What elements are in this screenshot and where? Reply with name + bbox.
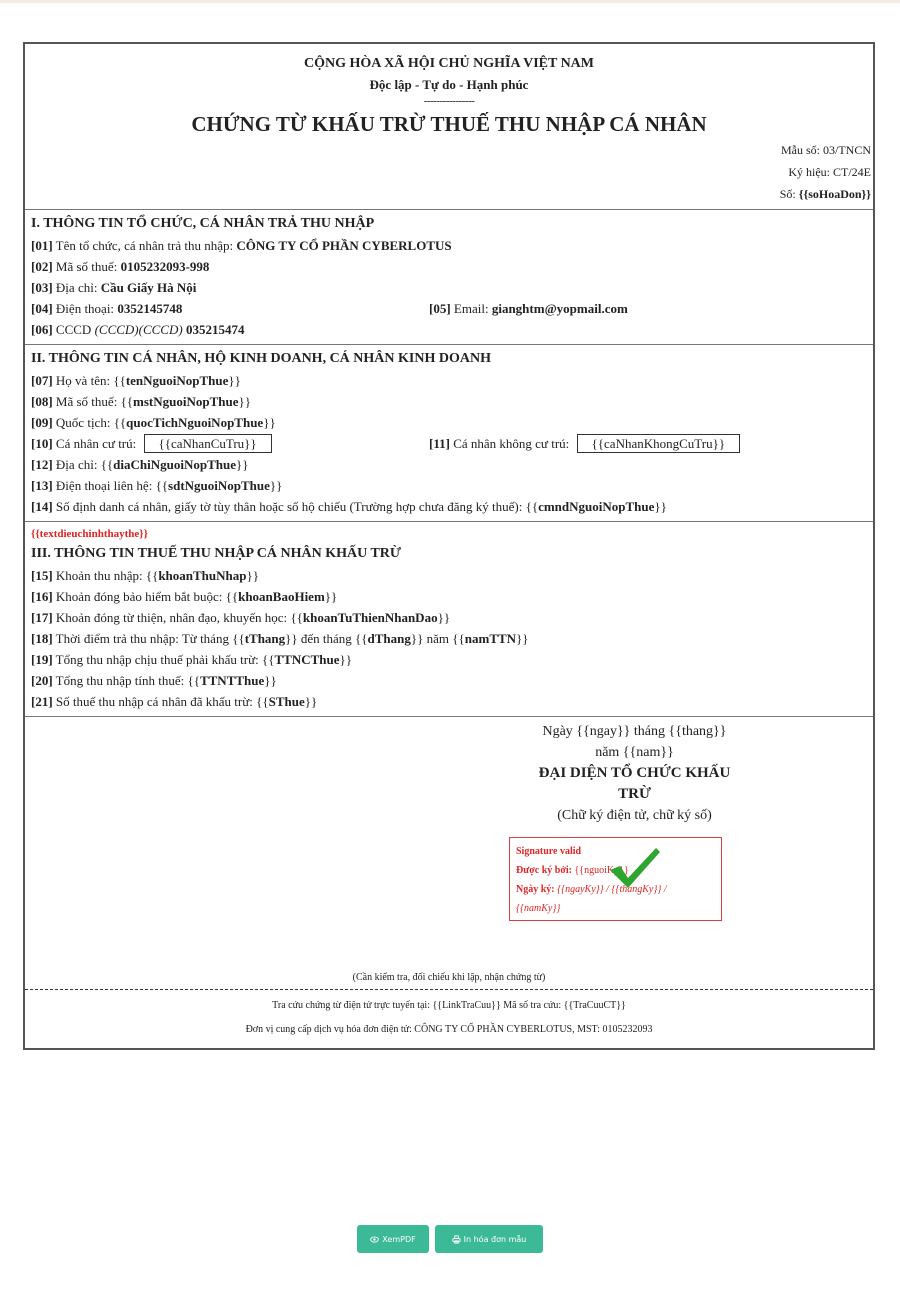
symbol: Ký hiệu: CT/24E — [31, 161, 871, 183]
signed-year: {{namKy}} — [516, 903, 560, 914]
document-number: Số: {{soHoaDon}} — [31, 183, 871, 205]
eye-icon — [370, 1236, 379, 1243]
non-resident-box: {{caNhanKhongCuTru}} — [577, 434, 741, 453]
document-number-value: {{soHoaDon}} — [799, 187, 871, 201]
adjustment-note: {{textdieuchinhthaythe}} — [31, 525, 867, 543]
field-10: [10] Cá nhân cư trú: {{caNhanCuTru}} — [31, 433, 429, 454]
field-01: [01] Tên tổ chức, cá nhân trả thu nhập: … — [31, 235, 867, 256]
representative-title-cont: TRỪ — [497, 784, 772, 805]
print-sample-button[interactable]: In hóa đơn mẫu — [435, 1225, 543, 1253]
field-08: [08] Mã số thuế: {{mstNguoiNopThue}} — [31, 391, 867, 412]
national-motto: Độc lập - Tự do - Hạnh phúc — [31, 75, 867, 95]
representative-title: ĐẠI DIỆN TỔ CHỨC KHẤU — [497, 763, 772, 784]
sign-date-line: Ngày {{ngay}} tháng {{thang}} — [497, 721, 772, 742]
document-footer: Tra cứu chứng từ điện tử trực tuyến tại:… — [25, 989, 873, 1048]
field-14: [14] Số định danh cá nhân, giấy tờ tùy t… — [31, 496, 867, 517]
payer-phone: 0352145748 — [117, 301, 182, 316]
field-18: [18] Thời điểm trả thu nhập: Từ tháng {{… — [31, 628, 867, 649]
field-20: [20] Tổng thu nhập tính thuế: {{TTNTThue… — [31, 670, 867, 691]
digital-signature-box: Signature valid Được ký bởi: {{nguoiKy}}… — [509, 837, 722, 921]
action-bar: XemPDF In hóa đơn mẫu — [0, 1225, 900, 1253]
document-header: CỘNG HÒA XÃ HỘI CHỦ NGHĨA VIỆT NAM Độc l… — [25, 44, 873, 210]
section-taxpayer-info: II. THÔNG TIN CÁ NHÂN, HỘ KINH DOANH, CÁ… — [25, 345, 873, 522]
signature-area: Ngày {{ngay}} tháng {{thang}} năm {{nam}… — [25, 717, 873, 989]
payer-tax-code: 0105232093-998 — [121, 259, 210, 274]
field-05: [05] Email: gianghtm@yopmail.com — [429, 298, 628, 319]
signature-status: Signature valid — [516, 846, 581, 857]
header-divider: ---------------- — [31, 95, 867, 107]
field-02: [02] Mã số thuế: 0105232093-998 — [31, 256, 867, 277]
signer-block: Ngày {{ngay}} tháng {{thang}} năm {{nam}… — [497, 721, 772, 826]
resident-box: {{caNhanCuTru}} — [144, 434, 272, 453]
field-04: [04] Điện thoại: 0352145748 — [31, 298, 429, 319]
check-note: (Cần kiểm tra, đối chiếu khi lập, nhận c… — [25, 971, 873, 985]
signature-type: (Chữ ký điện tử, chữ ký số) — [497, 805, 772, 826]
field-03: [03] Địa chỉ: Cầu Giấy Hà Nội — [31, 277, 867, 298]
field-07: [07] Họ và tên: {{tenNguoiNopThue}} — [31, 370, 867, 391]
field-19: [19] Tổng thu nhập chịu thuế phải khấu t… — [31, 649, 867, 670]
section-tax-info: {{textdieuchinhthaythe}} III. THÔNG TIN … — [25, 522, 873, 717]
field-10-11: [10] Cá nhân cư trú: {{caNhanCuTru}} [11… — [31, 433, 867, 454]
form-number: Mẫu số: 03/TNCN — [31, 139, 871, 161]
field-06: [06] CCCD (CCCD)(CCCD) 035215474 — [31, 319, 867, 340]
field-12: [12] Địa chỉ: {{diaChiNguoiNopThue}} — [31, 454, 867, 475]
national-title: CỘNG HÒA XÃ HỘI CHỦ NGHĨA VIỆT NAM — [31, 47, 867, 75]
payer-address: Cầu Giấy Hà Nội — [101, 280, 197, 295]
field-04-05: [04] Điện thoại: 0352145748 [05] Email: … — [31, 298, 867, 319]
sign-year-line: năm {{nam}} — [497, 742, 772, 763]
top-bar — [0, 0, 900, 3]
printer-icon — [452, 1235, 461, 1244]
field-16: [16] Khoản đóng bảo hiểm bắt buộc: {{kho… — [31, 586, 867, 607]
payer-email: gianghtm@yopmail.com — [492, 301, 628, 316]
lookup-info: Tra cứu chứng từ điện tử trực tuyến tại:… — [25, 994, 873, 1018]
section-2-title: II. THÔNG TIN CÁ NHÂN, HỘ KINH DOANH, CÁ… — [31, 348, 867, 370]
document-title: CHỨNG TỪ KHẤU TRỪ THUẾ THU NHẬP CÁ NHÂN — [31, 109, 867, 139]
payer-id-number: 035215474 — [183, 322, 245, 337]
field-15: [15] Khoản thu nhập: {{khoanThuNhap}} — [31, 565, 867, 586]
provider-info: Đơn vị cung cấp dịch vụ hóa đơn điện tử:… — [25, 1018, 873, 1042]
checkmark-icon — [606, 844, 662, 890]
section-3-title: III. THÔNG TIN THUẾ THU NHẬP CÁ NHÂN KHẤ… — [31, 543, 867, 565]
field-13: [13] Điện thoại liên hệ: {{sdtNguoiNopTh… — [31, 475, 867, 496]
field-09: [09] Quốc tịch: {{quocTichNguoiNopThue}} — [31, 412, 867, 433]
payer-name: CÔNG TY CỔ PHẦN CYBERLOTUS — [236, 238, 451, 253]
section-payer-info: I. THÔNG TIN TỔ CHỨC, CÁ NHÂN TRẢ THU NH… — [25, 210, 873, 345]
field-17: [17] Khoản đóng từ thiện, nhân đạo, khuy… — [31, 607, 867, 628]
tax-withholding-document: CỘNG HÒA XÃ HỘI CHỦ NGHĨA VIỆT NAM Độc l… — [23, 42, 875, 1050]
field-21: [21] Số thuế thu nhập cá nhân đã khấu tr… — [31, 691, 867, 712]
section-1-title: I. THÔNG TIN TỔ CHỨC, CÁ NHÂN TRẢ THU NH… — [31, 213, 867, 235]
field-11: [11] Cá nhân không cư trú: {{caNhanKhong… — [429, 433, 740, 454]
view-pdf-button[interactable]: XemPDF — [357, 1225, 429, 1253]
